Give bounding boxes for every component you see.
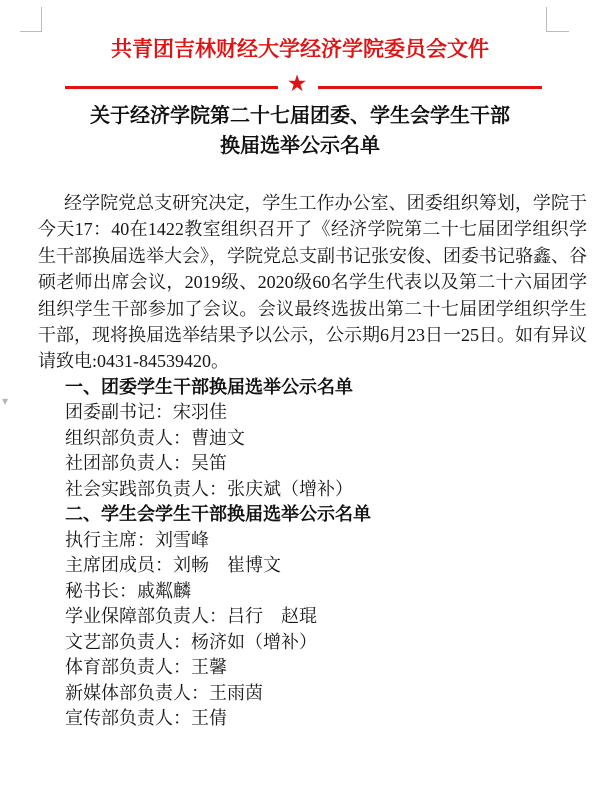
document-body: 经学院党总支研究决定，学生工作办公室、团委组织筹划，学院于今天17：40在142…	[38, 190, 587, 732]
text-boundary-corner-top-right-icon	[546, 7, 569, 32]
document-header-title: 共青团吉林财经大学经济学院委员会文件	[0, 36, 600, 62]
roster-line: 社会实践部负责人：张庆斌（增补）	[38, 477, 587, 503]
document-title-line1: 关于经济学院第二十七届团委、学生会学生干部	[0, 101, 600, 131]
roster-line: 文艺部负责人：杨济如（增补）	[38, 630, 587, 656]
red-rule-left	[65, 86, 278, 89]
roster-line: 团委副书记：宋羽佳	[38, 400, 587, 426]
roster-line: 执行主席：刘雪峰	[38, 528, 587, 554]
section-league-committee-roster: 一、团委学生干部换届选举公示名单 团委副书记：宋羽佳 组织部负责人：曹迪文 社团…	[38, 375, 587, 503]
roster-line: 新媒体部负责人：王雨茵	[38, 681, 587, 707]
roster-line: 主席团成员：刘畅 崔博文	[38, 553, 587, 579]
section-heading: 一、团委学生干部换届选举公示名单	[38, 375, 587, 401]
margin-marker-icon[interactable]: ▼	[2, 397, 8, 407]
red-rule-right	[318, 86, 542, 89]
roster-line: 体育部负责人：王馨	[38, 655, 587, 681]
document-title-line2: 换届选举公示名单	[0, 131, 600, 161]
roster-line: 宣传部负责人：王倩	[38, 706, 587, 732]
document-title: 关于经济学院第二十七届团委、学生会学生干部 换届选举公示名单	[0, 101, 600, 161]
opening-paragraph: 经学院党总支研究决定，学生工作办公室、团委组织筹划，学院于今天17：40在142…	[38, 190, 587, 375]
section-student-union-roster: 二、学生会学生干部换届选举公示名单 执行主席：刘雪峰 主席团成员：刘畅 崔博文 …	[38, 502, 587, 732]
section-heading: 二、学生会学生干部换届选举公示名单	[38, 502, 587, 528]
star-icon: ★	[279, 72, 315, 96]
text-boundary-corner-top-left-icon	[20, 7, 42, 32]
roster-line: 秘书长：戚粼麟	[38, 579, 587, 605]
roster-line: 组织部负责人：曹迪文	[38, 426, 587, 452]
roster-line: 学业保障部负责人：吕行 赵琨	[38, 604, 587, 630]
roster-line: 社团部负责人：吴笛	[38, 451, 587, 477]
